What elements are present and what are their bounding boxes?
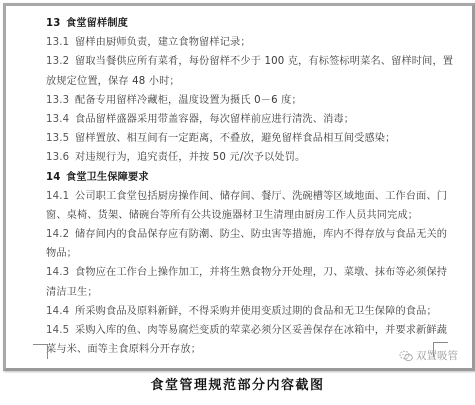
paragraph-continuation: 窗、桌椅、货架、储碗台等所有公共设施器材卫生清理由厨房工作人员共同完成； <box>46 206 446 225</box>
paragraph-continuation: 菜与米、面等主食原料分开存放； <box>46 340 446 359</box>
list-item: 13.6对违规行为，追究责任，并按 50 元/次予以处罚。 <box>46 148 446 167</box>
item-text: 窗、桌椅、货架、储碗台等所有公共设施器材卫生清理由厨房工作人员共同完成； <box>46 210 418 221</box>
paragraph-continuation: 放规定位置，保存 48 小时； <box>46 72 446 91</box>
item-text: 清洁卫生； <box>46 287 98 298</box>
list-item: 14.2储存间内的食品保存应有防潮、防尘、防虫害等措施，库内不得存放与食品无关的 <box>46 225 446 244</box>
item-number: 14.2 <box>46 225 75 244</box>
item-text: 对违规行为，追究责任，并按 50 元/次予以处罚。 <box>75 152 305 163</box>
document-content: 13食堂留样制度13.1留样由厨师负责，建立食物留样记录；13.2留取当餐供应所… <box>46 14 446 359</box>
item-number: 14.1 <box>46 187 75 206</box>
item-text: 食物应在工作台上操作加工，并将生熟食物分开处理，刀、菜墩、抹布等必须保持 <box>75 267 447 278</box>
list-item: 13.1留样由厨师负责，建立食物留样记录； <box>46 33 446 52</box>
item-text: 菜与米、面等主食原料分开存放； <box>46 344 201 355</box>
section-heading: 13食堂留样制度 <box>46 14 446 33</box>
item-text: 食品留样盛器采用带盖容器，每次留样前应进行清洗、消毒； <box>75 114 354 125</box>
item-text: 食堂卫生保障要求 <box>66 172 149 183</box>
item-text: 所采购食品及原料新鲜，不得采购并使用变质过期的食品和无卫生保障的食品； <box>75 306 437 317</box>
item-text: 储存间内的食品保存应有防潮、防尘、防虫害等措施，库内不得存放与食品无关的 <box>75 229 447 240</box>
list-item: 13.3配备专用留样冷藏柜，温度设置为摄氏 0－6 度； <box>46 91 446 110</box>
wechat-icon <box>399 350 413 362</box>
figure-caption: 食堂管理规范部分内容截图 <box>0 374 475 393</box>
paragraph-continuation: 清洁卫生； <box>46 283 446 302</box>
list-item: 14.4所采购食品及原料新鲜，不得采购并使用变质过期的食品和无卫生保障的食品； <box>46 302 446 321</box>
paragraph-continuation: 物品； <box>46 244 446 263</box>
list-item: 14.5采购入库的鱼、肉等易腐烂变质的荤菜必须分区妥善保存在冰箱中，并要求新鲜蔬 <box>46 321 446 340</box>
item-number: 13.6 <box>46 148 75 167</box>
list-item: 13.5留样置放、相互间有一定距离，不叠放，避免留样食品相互间受感染； <box>46 129 446 148</box>
list-item: 13.4食品留样盛器采用带盖容器，每次留样前应进行清洗、消毒； <box>46 110 446 129</box>
item-number: 14.4 <box>46 302 75 321</box>
item-number: 14.5 <box>46 321 75 340</box>
list-item: 14.1公司职工食堂包括厨房操作间、储存间、餐厅、洗碗槽等区域地面、工作台面、门 <box>46 187 446 206</box>
page-corner-mark-left <box>33 344 48 359</box>
item-number: 13.4 <box>46 110 75 129</box>
item-text: 食堂留样制度 <box>66 18 128 29</box>
watermark-text: 双置吸管 <box>416 348 458 363</box>
item-number: 13.2 <box>46 52 75 71</box>
document-page: 13食堂留样制度13.1留样由厨师负责，建立食物留样记录；13.2留取当餐供应所… <box>3 3 475 371</box>
item-number: 13.1 <box>46 33 75 52</box>
item-number: 13 <box>46 14 66 33</box>
item-number: 14.3 <box>46 263 75 282</box>
item-number: 14 <box>46 168 66 187</box>
item-text: 放规定位置，保存 48 小时； <box>46 76 180 87</box>
list-item: 14.3食物应在工作台上操作加工，并将生熟食物分开处理，刀、菜墩、抹布等必须保持 <box>46 263 446 282</box>
item-text: 物品； <box>46 248 77 259</box>
section-heading: 14食堂卫生保障要求 <box>46 168 446 187</box>
item-text: 配备专用留样冷藏柜，温度设置为摄氏 0－6 度； <box>75 95 302 106</box>
item-text: 留取当餐供应所有菜肴，每份留样不少于 100 克，有标签标明菜名、留样时间，置 <box>75 56 453 67</box>
item-text: 留样由厨师负责，建立食物留样记录； <box>75 37 251 48</box>
item-number: 13.3 <box>46 91 75 110</box>
item-text: 留样置放、相互间有一定距离，不叠放，避免留样食品相互间受感染； <box>75 133 395 144</box>
item-text: 公司职工食堂包括厨房操作间、储存间、餐厅、洗碗槽等区域地面、工作台面、门 <box>75 191 447 202</box>
list-item: 13.2留取当餐供应所有菜肴，每份留样不少于 100 克，有标签标明菜名、留样时… <box>46 52 446 71</box>
item-number: 13.5 <box>46 129 75 148</box>
watermark: 双置吸管 <box>399 348 458 363</box>
item-text: 采购入库的鱼、肉等易腐烂变质的荤菜必须分区妥善保存在冰箱中，并要求新鲜蔬 <box>75 325 447 336</box>
